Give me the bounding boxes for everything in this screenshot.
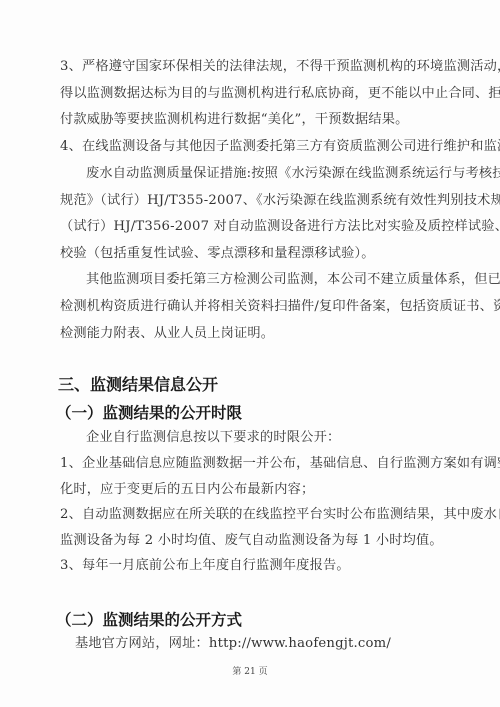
document-page: 3、严格遵守国家环保相关的法律法规，不得干预监测机构的环境监测活动，不 得以监测… (0, 0, 500, 707)
paragraph-line: 校验（包括重复性试验、零点漂移和量程漂移试验）。 (60, 246, 445, 262)
paragraph-line: 1、企业基础信息应随监测数据一并公布，基础信息、自行监测方案如有调整变 (60, 456, 445, 472)
section-heading: 三、监测结果信息公开 (58, 372, 218, 395)
paragraph-line: 3、每年一月底前公布上年度自行监测年度报告。 (60, 558, 445, 574)
paragraph-line: 其他监测项目委托第三方检测公司监测，本公司不建立质量体系，但已对 (86, 272, 471, 288)
paragraph-line: （试行）HJ/T356-2007 对自动监测设备进行方法比对实验及质控样试验、现… (60, 219, 445, 235)
paragraph-line: 企业自行监测信息按以下要求的时限公开： (86, 430, 471, 446)
paragraph-line: 废水自动监测质量保证措施:按照《水污染源在线监测系统运行与考核技术 (86, 166, 471, 182)
paragraph-line: 检测机构资质进行确认并将相关资料扫描件/复印件备案，包括资质证书、资质 (60, 299, 445, 315)
paragraph-line: 3、严格遵守国家环保相关的法律法规，不得干预监测机构的环境监测活动，不 (60, 59, 445, 75)
paragraph-line: 付款威胁等要挟监测机构进行数据“美化”，干预数据结果。 (60, 112, 445, 128)
paragraph-line: 2、自动监测数据应在所关联的在线监控平台实时公布监测结果，其中废水自动 (60, 507, 445, 523)
paragraph-line: 化时，应于变更后的五日内公布最新内容； (60, 482, 445, 498)
paragraph-line: 检测能力附表、从业人员上岗证明。 (60, 326, 445, 342)
subsection-heading: （二）监测结果的公开方式 (56, 608, 242, 630)
subsection-heading: （一）监测结果的公开时限 (56, 401, 242, 423)
website-line: 基地官方网站，网址：http://www.haofengjt.com/ (75, 636, 460, 652)
paragraph-line: 监测设备为每 2 小时均值、废气自动监测设备为每 1 小时均值。 (60, 533, 445, 549)
page-number: 第 21 页 (0, 664, 500, 677)
paragraph-line: 得以监测数据达标为目的与监测机构进行私底协商，更不能以中止合同、拒绝 (60, 86, 445, 102)
paragraph-line: 规范》（试行）HJ/T355-2007、《水污染源在线监测系统有效性判别技术规范… (60, 193, 445, 209)
paragraph-line: 4、在线监测设备与其他因子监测委托第三方有资质监测公司进行维护和监测。 (60, 139, 445, 155)
